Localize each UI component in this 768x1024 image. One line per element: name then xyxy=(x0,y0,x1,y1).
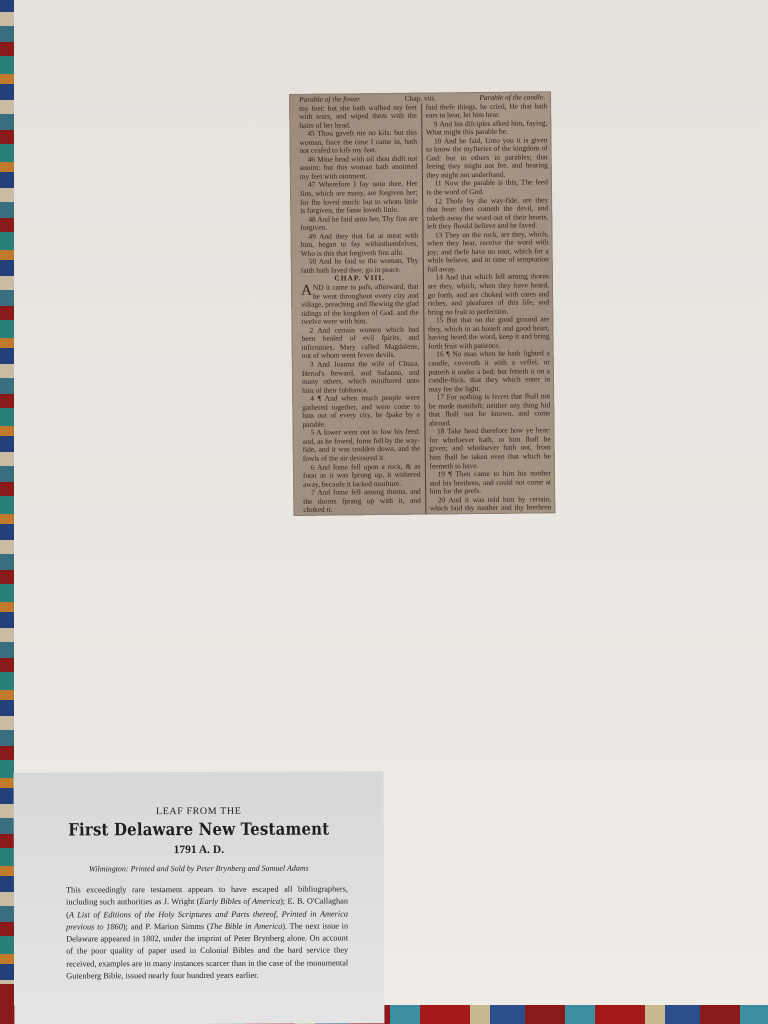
verse: 6 And fome fell upon a rock, & as foon a… xyxy=(303,462,421,489)
verse: 47 Wherefore I fay unto thee, Her fins, … xyxy=(300,180,418,215)
verse: 16 ¶ No man when he hath lighted a candl… xyxy=(428,350,550,394)
verse: 50 And he faid to the woman, Thy faith h… xyxy=(301,257,419,275)
verse: 3 And Joanna the wife of Chuza, Herod's … xyxy=(302,360,420,395)
verse: 11 Now the parable is this, The feed is … xyxy=(426,179,548,197)
verse: 46 Mine head with oil thou didft not ano… xyxy=(300,154,418,181)
verse: 19 ¶ Then came to him his mother and his… xyxy=(429,469,551,496)
verse: 45 Thou gaveft me no kifs: but this woma… xyxy=(299,129,417,156)
leaf-right-column: faid thefe things, he cried, He that hat… xyxy=(422,102,552,516)
card-date: 1791 A. D. xyxy=(14,843,384,856)
verse: 4 ¶ And when much people were gathered t… xyxy=(302,394,420,429)
description-card: LEAF FROM THE First Delaware New Testame… xyxy=(14,771,385,1024)
verse: ND it came to pafs, afterward, that he w… xyxy=(301,282,419,326)
verse: 15 But that on the good ground are they,… xyxy=(428,316,550,351)
drop-cap: A xyxy=(301,284,312,298)
verse: 14 And that which fell among thorns are … xyxy=(427,273,549,317)
verse: 12 Thofe by the way-fide, are they that … xyxy=(427,196,549,231)
verse: 5 A fower went out to fow his feed: and,… xyxy=(303,428,421,463)
card-title: First Delaware New Testament xyxy=(36,819,362,840)
card-imprint: Wilmington: Printed and Sold by Peter Br… xyxy=(14,863,384,873)
verse: 13 They on the rock, are they, which, wh… xyxy=(427,230,549,274)
leaf-left-column: my feet: but she hath wafhed my feet wit… xyxy=(299,103,426,516)
card-description: This exceedingly rare testament appears … xyxy=(66,883,348,982)
verse: 7 And fome fell among thorns, and the th… xyxy=(303,488,421,515)
verse: 49 And they that fat at meat with him, b… xyxy=(300,231,418,258)
bible-leaf: Parable of the fower. Chap. viii. Parabl… xyxy=(289,91,555,516)
verse: my feet: but she hath wafhed my feet wit… xyxy=(299,103,417,130)
verse: 17 For nothing is fecret that fhall not … xyxy=(429,392,551,427)
verse: 10 And he faid, Unto you it is given to … xyxy=(426,136,548,180)
verse: 18 Take heed therefore how ye hear: for … xyxy=(429,427,551,471)
verse: faid thefe things, he cried, He that hat… xyxy=(426,102,548,120)
card-kicker: LEAF FROM THE xyxy=(14,805,384,817)
verse: 2 And certain women which had been heale… xyxy=(301,325,419,360)
verse: 20 And it was told him by certain, which… xyxy=(430,495,552,516)
